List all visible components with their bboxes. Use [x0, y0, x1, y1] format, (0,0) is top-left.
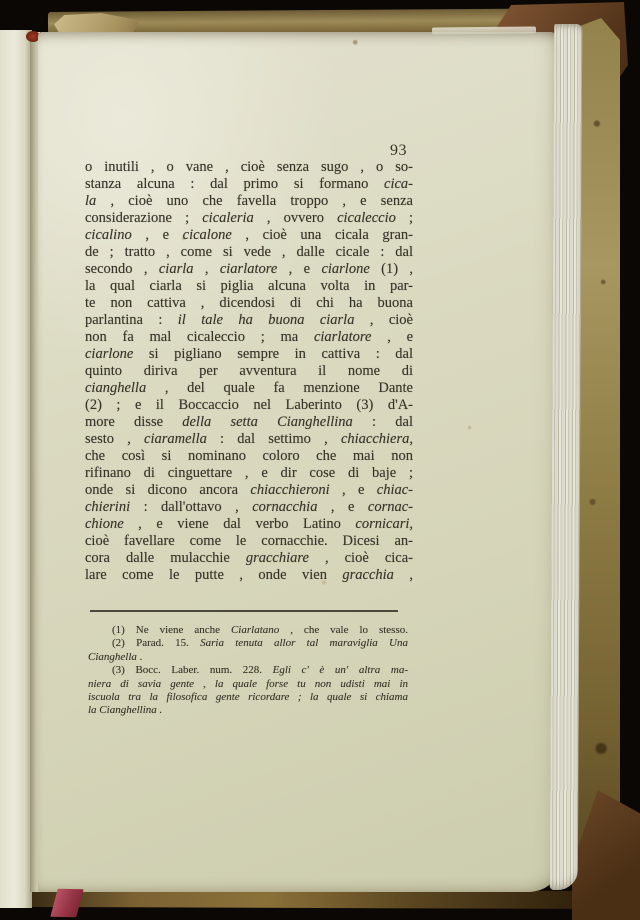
page-fore-edge: [550, 24, 583, 890]
text-line: rifinano di cinguettare , e dir cose di …: [85, 465, 413, 482]
body-text: o inutili , o vane , cioè senza sugo , o…: [85, 159, 413, 584]
text-line: che così si nominano coloro che mai non: [85, 448, 413, 465]
book-page: 93 o inutili , o vane , cioè senza sugo …: [38, 32, 558, 892]
text-line: more disse della setta Cianghellina : da…: [85, 414, 413, 431]
text-line: parlantina : il tale ha buona ciarla , c…: [85, 312, 413, 329]
text-line: chierini : dall'ottavo , cornacchia , e …: [85, 499, 413, 516]
book-block-edge: [578, 18, 620, 898]
text-line: la , cioè uno che favella troppo , e sen…: [85, 193, 413, 210]
text-line: stanza alcuna : dal primo si formano cic…: [85, 176, 413, 193]
text-line: secondo , ciarla , ciarlatore , e ciarlo…: [85, 261, 413, 278]
text-line: cioè favellare come le cornacchie. Dices…: [85, 533, 413, 550]
facing-page-edge: [0, 30, 32, 908]
text-line: iscuola tra la filosofica gente ricordar…: [88, 691, 408, 704]
text-line: non fa mal cicaleccio ; ma ciarlatore , …: [85, 329, 413, 346]
text-line: (2) ; e il Boccaccio nel Laberinto (3) d…: [85, 397, 413, 414]
text-line: cianghella , del quale fa menzione Dante: [85, 380, 413, 397]
text-line: considerazione ; cicaleria , ovvero cica…: [85, 210, 413, 227]
footnotes: (1) Ne viene anche Ciarlatano , che vale…: [88, 624, 408, 718]
text-line: la qual ciarla si piglia alcuna volta in…: [85, 278, 413, 295]
book-photo: 93 o inutili , o vane , cioè senza sugo …: [0, 0, 640, 920]
text-line: (1) Ne viene anche Ciarlatano , che vale…: [88, 624, 408, 637]
text-line: cicalino , e cicalone , cioè una cicala …: [85, 227, 413, 244]
text-line: (3) Bocc. Laber. num. 228. Egli c' è un'…: [88, 664, 408, 677]
text-line: onde si dicono ancora chiacchieroni , e …: [85, 482, 413, 499]
text-line: Cianghella .: [88, 651, 408, 664]
page-corner-sliver: [432, 26, 536, 34]
page-number: 93: [85, 142, 413, 160]
text-line: de ; tratto , come si vede , dalle cical…: [85, 244, 413, 261]
text-line: la Cianghellina .: [88, 704, 408, 717]
text-line: o inutili , o vane , cioè senza sugo , o…: [85, 159, 413, 176]
text-line: (2) Parad. 15. Saria tenuta allor tal ma…: [88, 637, 408, 650]
text-line: sesto , ciaramella : dal settimo , chiac…: [85, 431, 413, 448]
text-line: ciarlone si pigliano sempre in cattiva :…: [85, 346, 413, 363]
text-line: lare come le putte , onde vien gracchia …: [85, 567, 413, 584]
text-line: cora dalle mulacchie gracchiare , cioè c…: [85, 550, 413, 567]
text-line: niera di savia gente , la quale forse tu…: [88, 678, 408, 691]
footnote-rule: [90, 610, 398, 612]
text-line: te non cattiva , dicendosi di chi ha buo…: [85, 295, 413, 312]
text-line: quinto diriva per avventura il nome di: [85, 363, 413, 380]
text-line: chione , e viene dal verbo Latino cornic…: [85, 516, 413, 533]
